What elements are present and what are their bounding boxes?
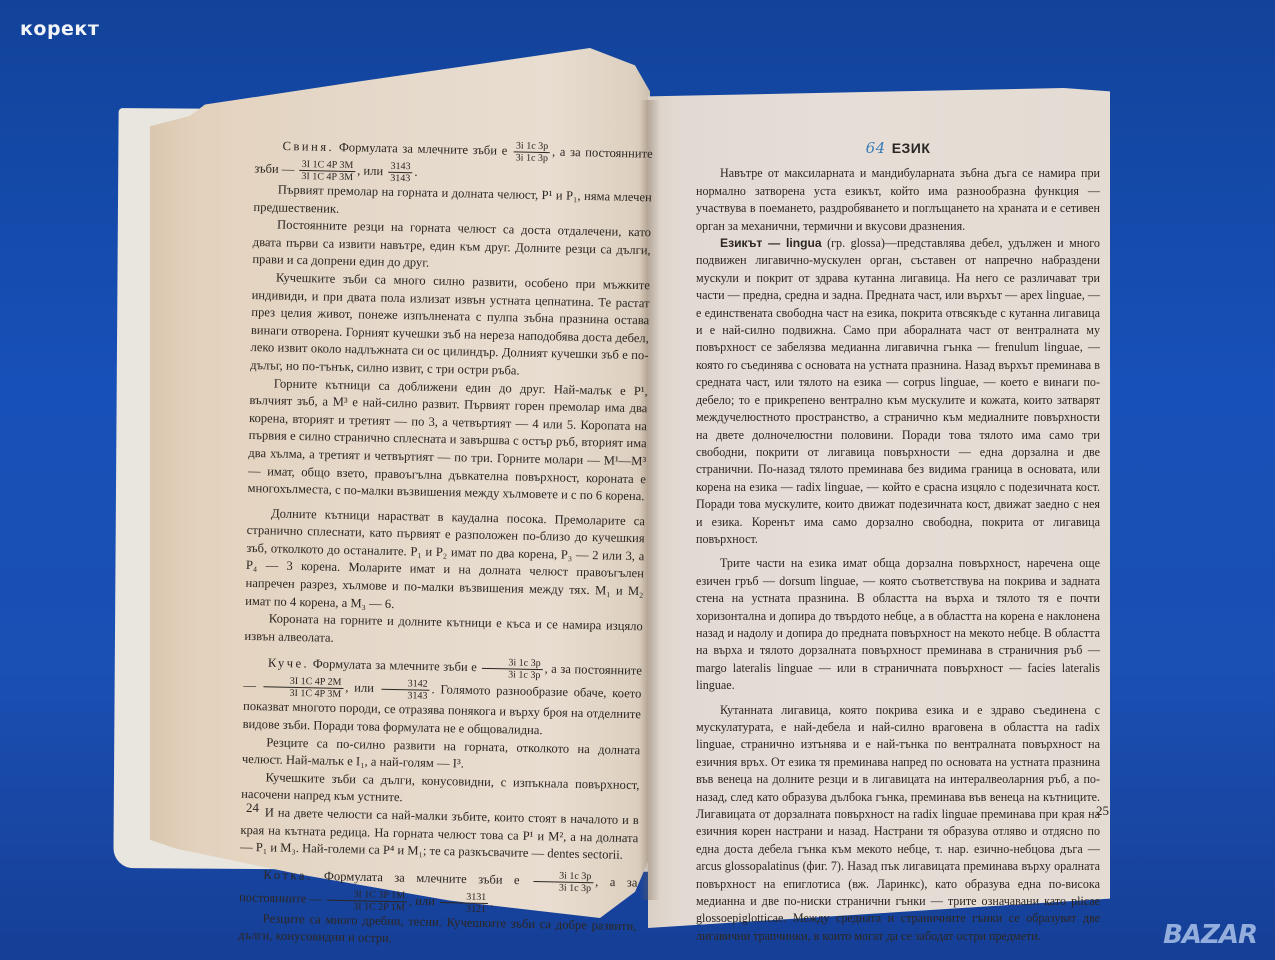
fraction: 3i 1c 3p3i 1c 3p [533,870,594,894]
left-page-text: Свиня. Формулата за млечните зъби е 3i 1… [238,135,653,953]
pig-paragraph: Свиня. Формулата за млечните зъби е 3i 1… [254,135,653,189]
fraction: 31433143 [388,161,412,184]
paragraph: Езикът — lingua (гр. glossa)—представляв… [696,235,1100,548]
fraction: 3i 1c 3p3i 1c 3p [514,140,551,164]
page-number-right: 25 [1096,803,1109,819]
numerator: 3i 1c 3p [514,140,550,153]
numerator: 3143 [388,161,412,173]
numerator: 3131 [440,891,488,904]
cat-paragraph: Котка. Формулата за млечните зъби е 3i 1… [239,864,638,918]
text: , или [409,894,435,909]
denominator: 3i 1c 3p [533,882,593,894]
denominator: 3143 [381,690,429,702]
paragraph: Долните кътници нарастват в каудална пос… [245,505,645,619]
paragraph: Навътре от максиларната и мандибуларната… [696,165,1100,235]
paragraph: Кутанната лигавица, която покрива езика … [696,702,1100,946]
text: Формулата за млечните зъби е [313,657,477,674]
text: , или [345,681,374,696]
dog-paragraph: Куче. Формулата за млечните зъби е 3i 1c… [242,652,642,742]
handwritten-note: 64 [866,139,886,157]
watermark-top-left: корект [20,18,99,40]
denominator: 3i 1c 3p [482,669,542,681]
heading-text: ЕЗИК [892,140,931,156]
right-page-text: 64ЕЗИК Навътре от максиларната и мандибу… [696,140,1100,945]
paragraph: Постоянните резци на горната челюст са д… [252,216,651,277]
fraction: 3I 1C 3P 1M3I 1C 2P 1M [327,888,407,913]
page-number-left: 24 [246,800,259,816]
text: , или [357,164,383,179]
denominator: 3121 [440,903,488,915]
section-heading: 64ЕЗИК [696,140,1100,157]
fraction: 3i 1c 3p3i 1c 3p [482,657,543,681]
paragraph: И на двете челюсти са най-малки зъбите, … [240,804,639,865]
term-lingua: Езикът — lingua [720,236,822,250]
denominator: 3I 1C 4P 3M [263,688,343,701]
denominator: 3i 1c 3p [514,152,550,164]
paragraph: Кучешките зъби са много силно развити, о… [250,269,650,383]
text: (гр. glossa)—представлява дебел, удължен… [696,236,1100,546]
numerator: 3142 [382,678,430,691]
denominator: 3143 [388,173,412,185]
cat-label: Котка. [263,868,312,883]
fraction: 3I 1C 4P 2M3I 1C 4P 3M [263,676,343,701]
text: Формулата за млечните зъби е [339,140,508,158]
dog-label: Куче. [268,656,310,671]
fraction: 3I 1C 4P 3M3I 1C 4P 3M [299,159,355,183]
pig-label: Свиня. [282,139,334,154]
paragraph: Короната на горните и долните кътници е … [244,610,643,654]
text: Формулата за млечните зъби е [324,869,520,887]
paragraph: Трите части на езика имат обща дорзална … [696,555,1100,694]
paragraph: Резците са много дребни, тесни. Кучешкит… [238,910,637,954]
paragraph: Горните кътници са доближени един до дру… [247,374,647,505]
fraction: 31423143 [381,678,429,702]
fraction: 31313121 [440,891,488,915]
watermark-bottom-right: BAZAR [1163,920,1257,950]
